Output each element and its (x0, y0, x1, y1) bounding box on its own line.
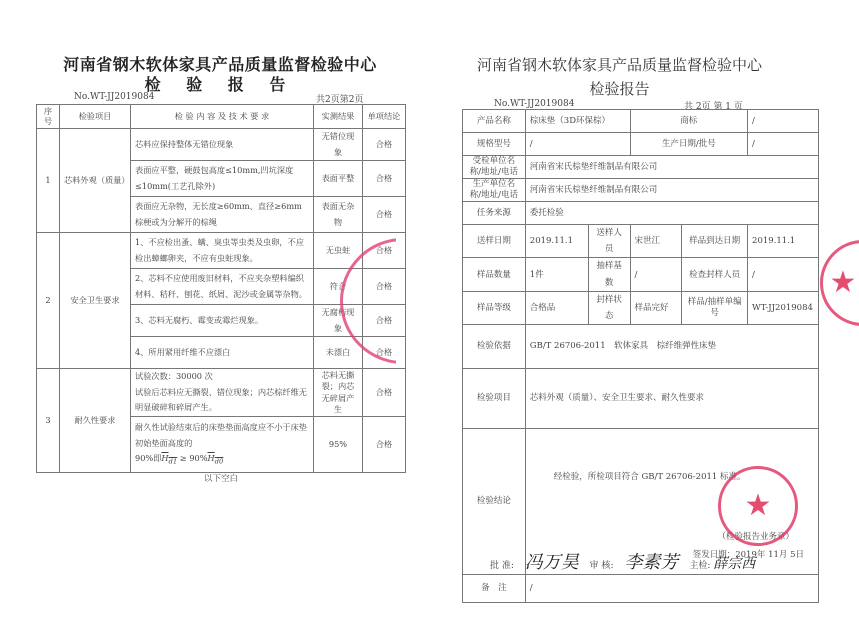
header-result: 实测结果 (314, 105, 363, 129)
report-number-right: No.WT-JJ2019084 (494, 99, 574, 109)
blank-below-note: 以下空白 (36, 472, 406, 484)
label-task-source: 任务来源 (463, 202, 526, 225)
table-row: 2 安全卫生要求 1、不应检出蚤、螨、臭虫等虫类及虫卵，不应检出蟑螂卵夹，不应有… (37, 233, 406, 269)
requirement: 4、所用紧用纤维不应漂白 (131, 337, 314, 369)
header-item: 检验项目 (60, 105, 131, 129)
label-remark: 备 注 (463, 575, 526, 603)
value-quantity: 1件 (525, 258, 588, 291)
result: 95% (314, 417, 363, 473)
review-signature: 李素芳 (624, 552, 678, 573)
requirement-line: 耐久性试验结束后的床垫垫面高度应不小于床垫初始垫面高度的 (135, 420, 309, 451)
table-header: 序号 检验项目 检 验 内 容 及 技 术 要 求 实测结果 单项结论 (37, 105, 406, 129)
official-seal-stamp: ★ (718, 466, 798, 546)
formula-h0: Hd0 (208, 453, 224, 463)
report-page-2: 河南省钢木软体家具产品质量监督检验中心 检 验 报 告 No.WT-JJ2019… (0, 0, 440, 626)
verdict: 合格 (363, 129, 406, 161)
value-sampling-base: / (630, 258, 682, 291)
label-quantity: 样品数量 (463, 258, 526, 291)
label-seal-state: 封样状态 (588, 291, 630, 324)
group-item: 安全卫生要求 (60, 233, 131, 369)
result: 表面无杂物 (314, 197, 363, 233)
requirement: 表面应无杂物，无长度≥60mm、直径≥6mm棕梗或为分解开的棕绳 (131, 197, 314, 233)
table-row: 规格型号 / 生产日期/批号 / (463, 133, 819, 156)
label-product-name: 产品名称 (463, 110, 526, 133)
requirement: 芯料应保持整体无错位现象 (131, 129, 314, 161)
doc-title-right: 检验报告 (440, 78, 799, 99)
table-row: 送样日期 2019.11.1 送样人员 宋世江 样品到达日期 2019.11.1 (463, 225, 819, 258)
verdict: 合格 (363, 369, 406, 417)
result: 无错位现象 (314, 129, 363, 161)
approve-signature: 冯万昊 (525, 552, 579, 573)
label-sender: 送样人员 (588, 225, 630, 258)
label-basis: 检验依据 (463, 325, 526, 369)
main-inspector-label: 主检: (689, 561, 710, 571)
requirement: 耐久性试验结束后的床垫垫面高度应不小于床垫初始垫面高度的 90%即Hd1 ≥ 9… (131, 417, 314, 473)
review-label: 审 核: (590, 561, 614, 571)
table-row: 备 注 / (463, 575, 819, 603)
value-producer: 河南省宋氏棕垫纤维制品有限公司 (525, 179, 818, 202)
report-number: No.WT-JJ2019084 (74, 92, 154, 102)
value-inspected-unit: 河南省宋氏棕垫纤维制品有限公司 (525, 156, 818, 179)
value-arrival: 2019.11.1 (748, 225, 819, 258)
header-verdict: 单项结论 (363, 105, 406, 129)
label-send-date: 送样日期 (463, 225, 526, 258)
result: 芯料无撕裂；内芯无碎屑产生 (314, 369, 363, 417)
formula: 90%即Hd1 ≥ 90%Hd0 (135, 451, 309, 469)
requirement-line: 试验次数：30000 次 (135, 369, 309, 385)
formula-h1: Hd1 (161, 453, 177, 463)
value-sample-no: WT-JJ2019084 (748, 291, 819, 324)
approve-label: 批 准: (490, 561, 514, 571)
main-inspector-signature: 薛宗西 (713, 556, 755, 572)
value-product-name: 棕床垫（3D环保棕） (525, 110, 630, 133)
label-grade: 样品等级 (463, 291, 526, 324)
requirement: 2、芯料不应使用废旧材料，不应夹杂塑料编织材料、秸秆、刨花、纸屑、泥沙或金属等杂… (131, 269, 314, 305)
group-index: 3 (37, 369, 60, 473)
value-items: 芯料外观（质量）、安全卫生要求、耐久性要求 (525, 369, 818, 429)
doc-title: 检 验 报 告 (0, 72, 440, 95)
table-row: 生产单位名称/地址/电话 河南省宋氏棕垫纤维制品有限公司 (463, 179, 819, 202)
group-item: 耐久性要求 (60, 369, 131, 473)
header-requirement: 检 验 内 容 及 技 术 要 求 (131, 105, 314, 129)
header-index: 序号 (37, 105, 60, 129)
value-seal-state: 样品完好 (630, 291, 682, 324)
org-title-right: 河南省钢木软体家具产品质量监督检验中心 (440, 54, 799, 75)
star-icon: ★ (745, 491, 772, 521)
value-prod-date: / (748, 133, 819, 156)
requirement: 1、不应检出蚤、螨、臭虫等虫类及虫卵，不应检出蟑螂卵夹，不应有虫蛀现象。 (131, 233, 314, 269)
result: 表面平整 (314, 161, 363, 197)
value-sender: 宋世江 (630, 225, 682, 258)
label-trademark: 商标 (630, 110, 748, 133)
table-row: 3 耐久性要求 试验次数：30000 次 试验后芯料应无撕裂、错位现象；内芯棕纤… (37, 369, 406, 417)
label-sampling-base: 抽样基数 (588, 258, 630, 291)
value-remark: / (525, 575, 818, 603)
group-index: 2 (37, 233, 60, 369)
group-index: 1 (37, 129, 60, 233)
value-trademark: / (748, 110, 819, 133)
value-sealer: / (748, 258, 819, 291)
conclusion-text: 经检验，所检项目符合 GB/T 26706-2011 标准。 (554, 469, 746, 485)
requirement: 表面应平整，硬鼓包高度≤10mm,凹坑深度≤10mm(工艺孔除外) (131, 161, 314, 197)
label-model: 规格型号 (463, 133, 526, 156)
verdict: 合格 (363, 417, 406, 473)
requirement: 3、芯料无腐朽、霉变或霉烂现象。 (131, 305, 314, 337)
value-task-source: 委托检验 (525, 202, 818, 225)
requirement-line: 试验后芯料应无撕裂、错位现象；内芯棕纤维无明显破碎和碎屑产生。 (135, 385, 309, 416)
table-row: 任务来源 委托检验 (463, 202, 819, 225)
label-inspected-unit: 受检单位名称/地址/电话 (463, 156, 526, 179)
table-row: 样品等级 合格品 封样状态 样品完好 样品/抽样单编号 WT-JJ2019084 (463, 291, 819, 324)
label-sealer: 检查封样人员 (682, 258, 748, 291)
table-row: 受检单位名称/地址/电话 河南省宋氏棕垫纤维制品有限公司 (463, 156, 819, 179)
value-send-date: 2019.11.1 (525, 225, 588, 258)
star-icon: ★ (830, 268, 857, 298)
label-items: 检验项目 (463, 369, 526, 429)
table-row: 1 芯料外观（质量） 芯料应保持整体无错位现象 无错位现象 合格 (37, 129, 406, 161)
label-producer: 生产单位名称/地址/电话 (463, 179, 526, 202)
verdict: 合格 (363, 197, 406, 233)
label-prod-date: 生产日期/批号 (630, 133, 748, 156)
table-row: 检验依据 GB/T 26706-2011 软体家具 棕纤维弹性床垫 (463, 325, 819, 369)
value-basis: GB/T 26706-2011 软体家具 棕纤维弹性床垫 (525, 325, 818, 369)
table-row: 产品名称 棕床垫（3D环保棕） 商标 / (463, 110, 819, 133)
value-grade: 合格品 (525, 291, 588, 324)
table-row: 检验项目 芯料外观（质量）、安全卫生要求、耐久性要求 (463, 369, 819, 429)
label-arrival: 样品到达日期 (682, 225, 748, 258)
label-sample-no: 样品/抽样单编号 (682, 291, 748, 324)
group-item: 芯料外观（质量） (60, 129, 131, 233)
requirement: 试验次数：30000 次 试验后芯料应无撕裂、错位现象；内芯棕纤维无明显破碎和碎… (131, 369, 314, 417)
value-model: / (525, 133, 630, 156)
verdict: 合格 (363, 161, 406, 197)
signature-row: 批 准: 冯万昊 审 核: 李素芳 主检: 薛宗西 (490, 548, 810, 574)
table-row: 样品数量 1件 抽样基数 / 检查封样人员 / (463, 258, 819, 291)
